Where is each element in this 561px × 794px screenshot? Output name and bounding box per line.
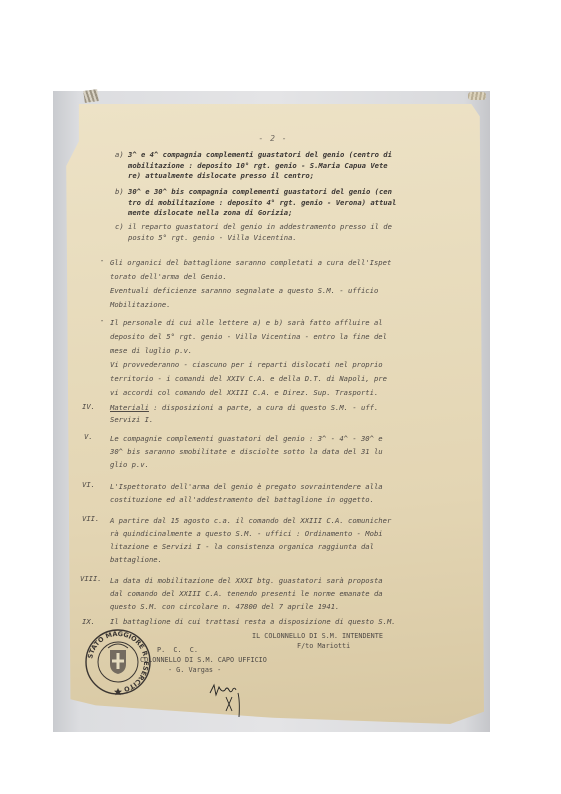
subitem-label: a) [115, 150, 124, 161]
subitem-b-text: 30^ e 30^ bis compagnia complementi guas… [128, 187, 396, 219]
section-number: VII. [82, 514, 99, 525]
section-number: VIII. [80, 574, 102, 585]
savoy-cross-crest-icon: STATO MAGGIORE R. ESERCITO [84, 628, 152, 696]
signature-left-title: COLONNELLO DI S.M. CAPO UFFICIO [140, 655, 267, 666]
page-number: - 2 - [62, 134, 484, 145]
section-v-text: Le compagnie complementi guastatori del … [110, 432, 383, 471]
binding-string-right [468, 92, 486, 100]
section-vi-text: L'Ispettorato dell'arma del genio è preg… [110, 480, 383, 506]
binding-string [83, 89, 99, 103]
handwritten-signature [208, 683, 258, 723]
paragraph-organici: Gli organici del battaglione saranno com… [110, 256, 391, 312]
section-ix-text: Il battaglione di cui trattasi resta a d… [110, 617, 396, 628]
signature-left-pcc: P. C. C. [157, 645, 198, 656]
signature-left-name: - G. Vargas - [168, 665, 221, 676]
paragraph-personale: Il personale di cui alle lettere a) e b)… [110, 316, 387, 400]
section-number: IV. [82, 402, 95, 413]
section-viii-text: La data di mobilitazione del XXXI btg. g… [110, 574, 383, 613]
section-iv-text: Materiali : disposizioni a parte, a cura… [110, 402, 378, 426]
subitem-a-text: 3^ e 4^ compagnia complementi guastatori… [128, 150, 392, 182]
subitem-label: b) [115, 187, 124, 198]
section-number: IX. [82, 617, 95, 628]
section-number: V. [84, 432, 93, 443]
signature-right-title: IL COLONNELLO DI S.M. INTENDENTE [252, 631, 383, 642]
dash-bullet: - [100, 316, 104, 327]
subitem-c-text: il reparto guastatori del genio in addes… [128, 222, 392, 243]
section-number: VI. [82, 480, 95, 491]
subitem-label: c) [115, 222, 124, 233]
dash-bullet: - [100, 256, 104, 267]
signature-right-name: F/to Mariotti [297, 641, 350, 652]
section-vii-text: A partire dal 15 agosto c.a. il comando … [110, 514, 391, 566]
